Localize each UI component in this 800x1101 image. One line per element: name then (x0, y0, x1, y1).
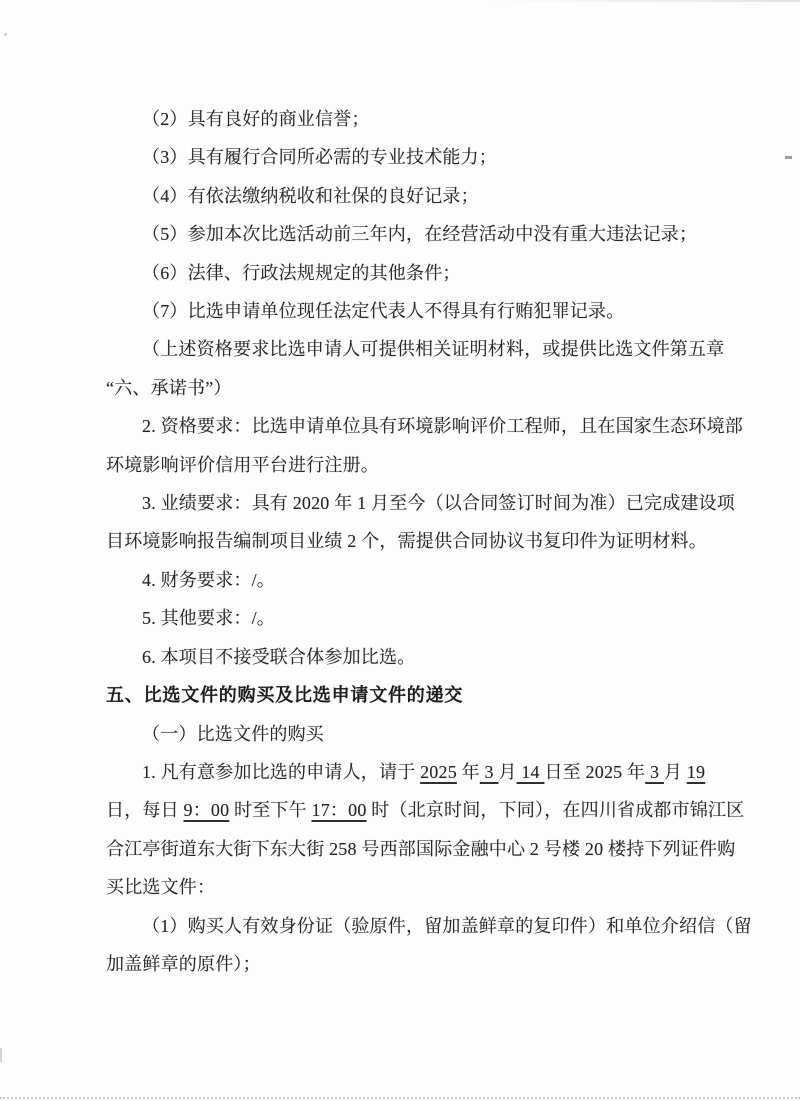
text-segment: 2. 资格要求：比选申请单位具有环境影响评价工程师，且在国家生态环境部 (142, 416, 743, 436)
proof-note-line-2: “六、承诺书”） (106, 369, 720, 407)
scanned-document-page: （2）具有良好的商业信誉；（3）具有履行合同所必需的专业技术能力；（4）有依法缴… (0, 0, 800, 1101)
qualification-item-7: （7）比选申请单位现任法定代表人不得具有行贿犯罪记录。 (106, 292, 720, 330)
text-segment: 年 (457, 762, 480, 782)
qualification-item-2: （2）具有良好的商业信誉； (106, 100, 720, 138)
requirement-4: 4. 财务要求：/。 (106, 561, 720, 599)
document-lines: （2）具有良好的商业信誉；（3）具有履行合同所必需的专业技术能力；（4）有依法缴… (106, 100, 720, 983)
qualification-item-3: （3）具有履行合同所必需的专业技术能力； (106, 138, 720, 176)
text-segment: 3. 业绩要求：具有 2020 年 1 月至今（以合同签订时间为准）已完成建设项 (142, 493, 735, 513)
proof-note-line-1: （上述资格要求比选申请人可提供相关证明材料，或提供比选文件第五章 (106, 330, 720, 368)
scan-artifact-top-smudge (490, 0, 800, 2)
text-segment: 目环境影响报告编制项目业绩 2 个，需提供合同协议书复印件为证明材料。 (106, 531, 707, 551)
requirement-3-line-2: 目环境影响报告编制项目业绩 2 个，需提供合同协议书复印件为证明材料。 (106, 522, 720, 560)
text-segment: “六、承诺书”） (106, 378, 232, 398)
filled-blank-underline: 3 (645, 762, 664, 782)
text-segment: 月 (664, 762, 687, 782)
text-segment: 买比选文件： (106, 877, 215, 897)
text-segment: 日至 2025 年 (544, 762, 645, 782)
text-segment: 6. 本项目不接受联合体参加比选。 (142, 647, 415, 667)
filled-blank-underline: 3 (480, 762, 499, 782)
text-segment: （4）有依法缴纳税收和社保的良好记录； (142, 186, 479, 206)
text-segment: 五、比选文件的购买及比选申请文件的递交 (106, 685, 463, 705)
certificate-item-1-line-2: 加盖鲜章的原件）； (106, 945, 720, 983)
text-segment: （5）参加本次比选活动前三年内，在经营活动中没有重大违法记录； (142, 224, 697, 244)
text-segment: （1）购买人有效身份证（验原件，留加盖鲜章的复印件）和单位介绍信（留 (142, 916, 752, 936)
text-segment: （7）比选申请单位现任法定代表人不得具有行贿犯罪记录。 (142, 301, 624, 321)
certificate-item-1-line-1: （1）购买人有效身份证（验原件，留加盖鲜章的复印件）和单位介绍信（留 (106, 907, 720, 945)
filled-blank-underline: 17：00 (312, 800, 367, 820)
requirement-2-line-2: 环境影响评价信用平台进行注册。 (106, 446, 720, 484)
filled-blank-underline: 2025 (420, 762, 457, 782)
scan-artifact-right-dash (785, 156, 792, 159)
text-segment: 合江亭街道东大街下东大街 258 号西部国际金融中心 2 号楼 20 楼持下列证… (106, 839, 735, 859)
text-segment: 时至下午 (229, 800, 311, 820)
text-segment: 加盖鲜章的原件）； (106, 954, 261, 974)
requirement-5: 5. 其他要求：/。 (106, 599, 720, 637)
qualification-item-5: （5）参加本次比选活动前三年内，在经营活动中没有重大违法记录； (106, 215, 720, 253)
scan-artifact-bottom-edge (0, 1097, 800, 1099)
requirement-2-line-1: 2. 资格要求：比选申请单位具有环境影响评价工程师，且在国家生态环境部 (106, 407, 720, 445)
text-segment: 时（北京时间，下同），在四川省成都市锦江区 (367, 800, 745, 820)
purchase-address-line-2: 买比选文件： (106, 868, 720, 906)
text-segment: 5. 其他要求：/。 (142, 608, 275, 628)
text-segment: （一）比选文件的购买 (142, 724, 324, 744)
section-5-heading: 五、比选文件的购买及比选申请文件的递交 (106, 676, 720, 714)
text-segment: 1. 凡有意参加比选的申请人，请于 (142, 762, 420, 782)
scan-artifact-left-bar (0, 1048, 2, 1062)
purchase-address-line-1: 合江亭街道东大街下东大街 258 号西部国际金融中心 2 号楼 20 楼持下列证… (106, 830, 720, 868)
text-segment: （上述资格要求比选申请人可提供相关证明材料，或提供比选文件第五章 (142, 339, 724, 359)
purchase-period-line-2: 日，每日 9：00 时至下午 17：00 时（北京时间，下同），在四川省成都市锦… (106, 791, 720, 829)
text-segment: （6）法律、行政法规规定的其他条件； (142, 263, 461, 283)
text-segment: 日，每日 (106, 800, 184, 820)
filled-blank-underline: 19 (687, 762, 705, 782)
qualification-item-6: （6）法律、行政法规规定的其他条件； (106, 254, 720, 292)
text-segment: 月 (498, 762, 516, 782)
requirement-6: 6. 本项目不接受联合体参加比选。 (106, 638, 720, 676)
requirement-3-line-1: 3. 业绩要求：具有 2020 年 1 月至今（以合同签订时间为准）已完成建设项 (106, 484, 720, 522)
text-segment: （3）具有履行合同所必需的专业技术能力； (142, 147, 497, 167)
filled-blank-underline: 14 (517, 762, 545, 782)
text-segment: （2）具有良好的商业信誉； (142, 109, 370, 129)
qualification-item-4: （4）有依法缴纳税收和社保的良好记录； (106, 177, 720, 215)
subsection-1-heading: （一）比选文件的购买 (106, 715, 720, 753)
filled-blank-underline: 9：00 (184, 800, 230, 820)
purchase-period-line-1: 1. 凡有意参加比选的申请人，请于 2025 年 3 月 14 日至 2025 … (106, 753, 720, 791)
scan-artifact-left-speck (4, 33, 7, 36)
text-segment: 4. 财务要求：/。 (142, 570, 275, 590)
text-segment: 环境影响评价信用平台进行注册。 (106, 455, 379, 475)
